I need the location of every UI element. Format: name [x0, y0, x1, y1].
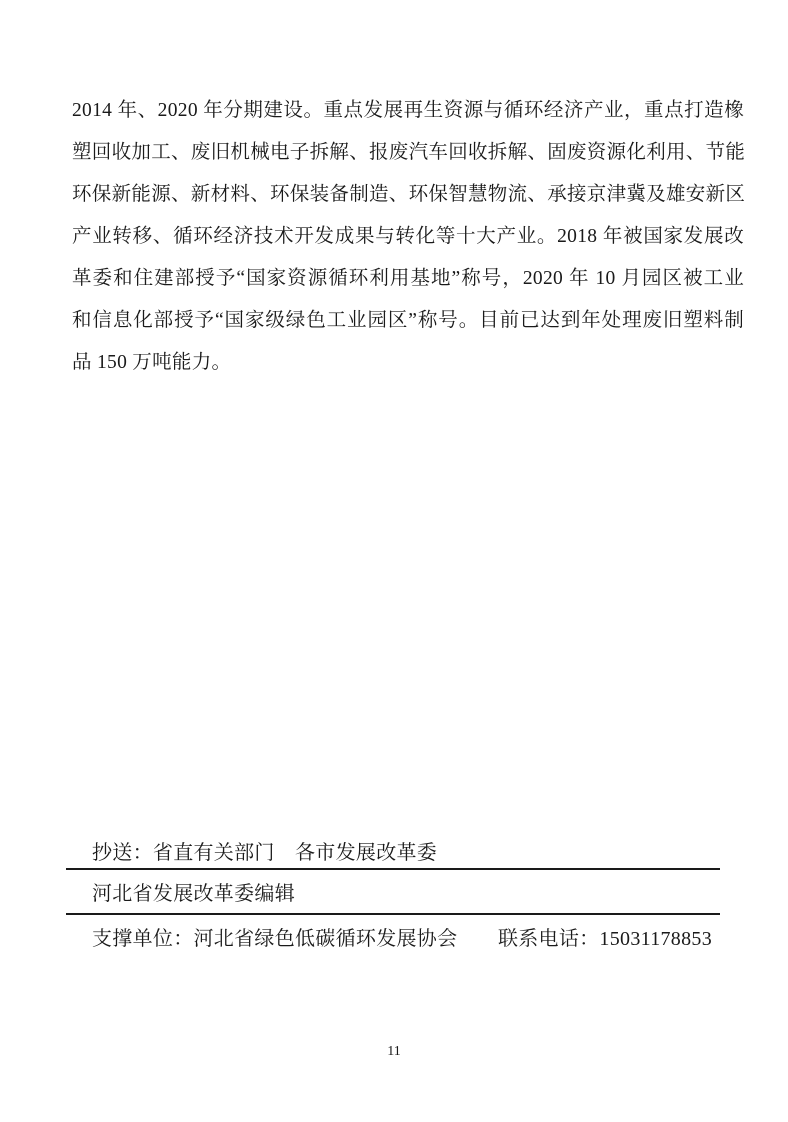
body-paragraph-line: 产业转移、循环经济技术开发成果与转化等十大产业。2018 年被国家发展改 [72, 216, 744, 258]
footer-support-row: 支撑单位：河北省绿色低碳循环发展协会 联系电话：15031178853 [66, 915, 720, 957]
footer-cc-text: 抄送：省直有关部门 各市发展改革委 [92, 836, 437, 865]
body-paragraph-line: 革委和住建部授予“国家资源循环利用基地”称号，2020 年 10 月园区被工业 [72, 258, 744, 300]
body-paragraph-line: 环保新能源、新材料、环保装备制造、环保智慧物流、承接京津冀及雄安新区 [72, 174, 744, 216]
page-number: 11 [0, 1044, 788, 1060]
document-page: 2014 年、2020 年分期建设。重点发展再生资源与循环经济产业，重点打造橡 … [0, 0, 788, 1122]
body-paragraph-line: 品 150 万吨能力。 [72, 342, 744, 384]
footer-contact-phone-text: 联系电话：15031178853 [498, 922, 712, 951]
footer-editor-row: 河北省发展改革委编辑 [66, 870, 720, 913]
footer-cc-row: 抄送：省直有关部门 各市发展改革委 [66, 832, 720, 868]
body-paragraph: 2014 年、2020 年分期建设。重点发展再生资源与循环经济产业，重点打造橡 … [72, 90, 744, 384]
body-paragraph-line: 2014 年、2020 年分期建设。重点发展再生资源与循环经济产业，重点打造橡 [72, 90, 744, 132]
body-paragraph-line: 塑回收加工、废旧机械电子拆解、报废汽车回收拆解、固废资源化利用、节能 [72, 132, 744, 174]
page-footer: 抄送：省直有关部门 各市发展改革委 河北省发展改革委编辑 支撑单位：河北省绿色低… [66, 832, 720, 957]
body-paragraph-line: 和信息化部授予“国家级绿色工业园区”称号。目前已达到年处理废旧塑料制 [72, 300, 744, 342]
footer-editor-text: 河北省发展改革委编辑 [92, 877, 295, 906]
footer-support-unit-text: 支撑单位：河北省绿色低碳循环发展协会 [92, 922, 457, 951]
